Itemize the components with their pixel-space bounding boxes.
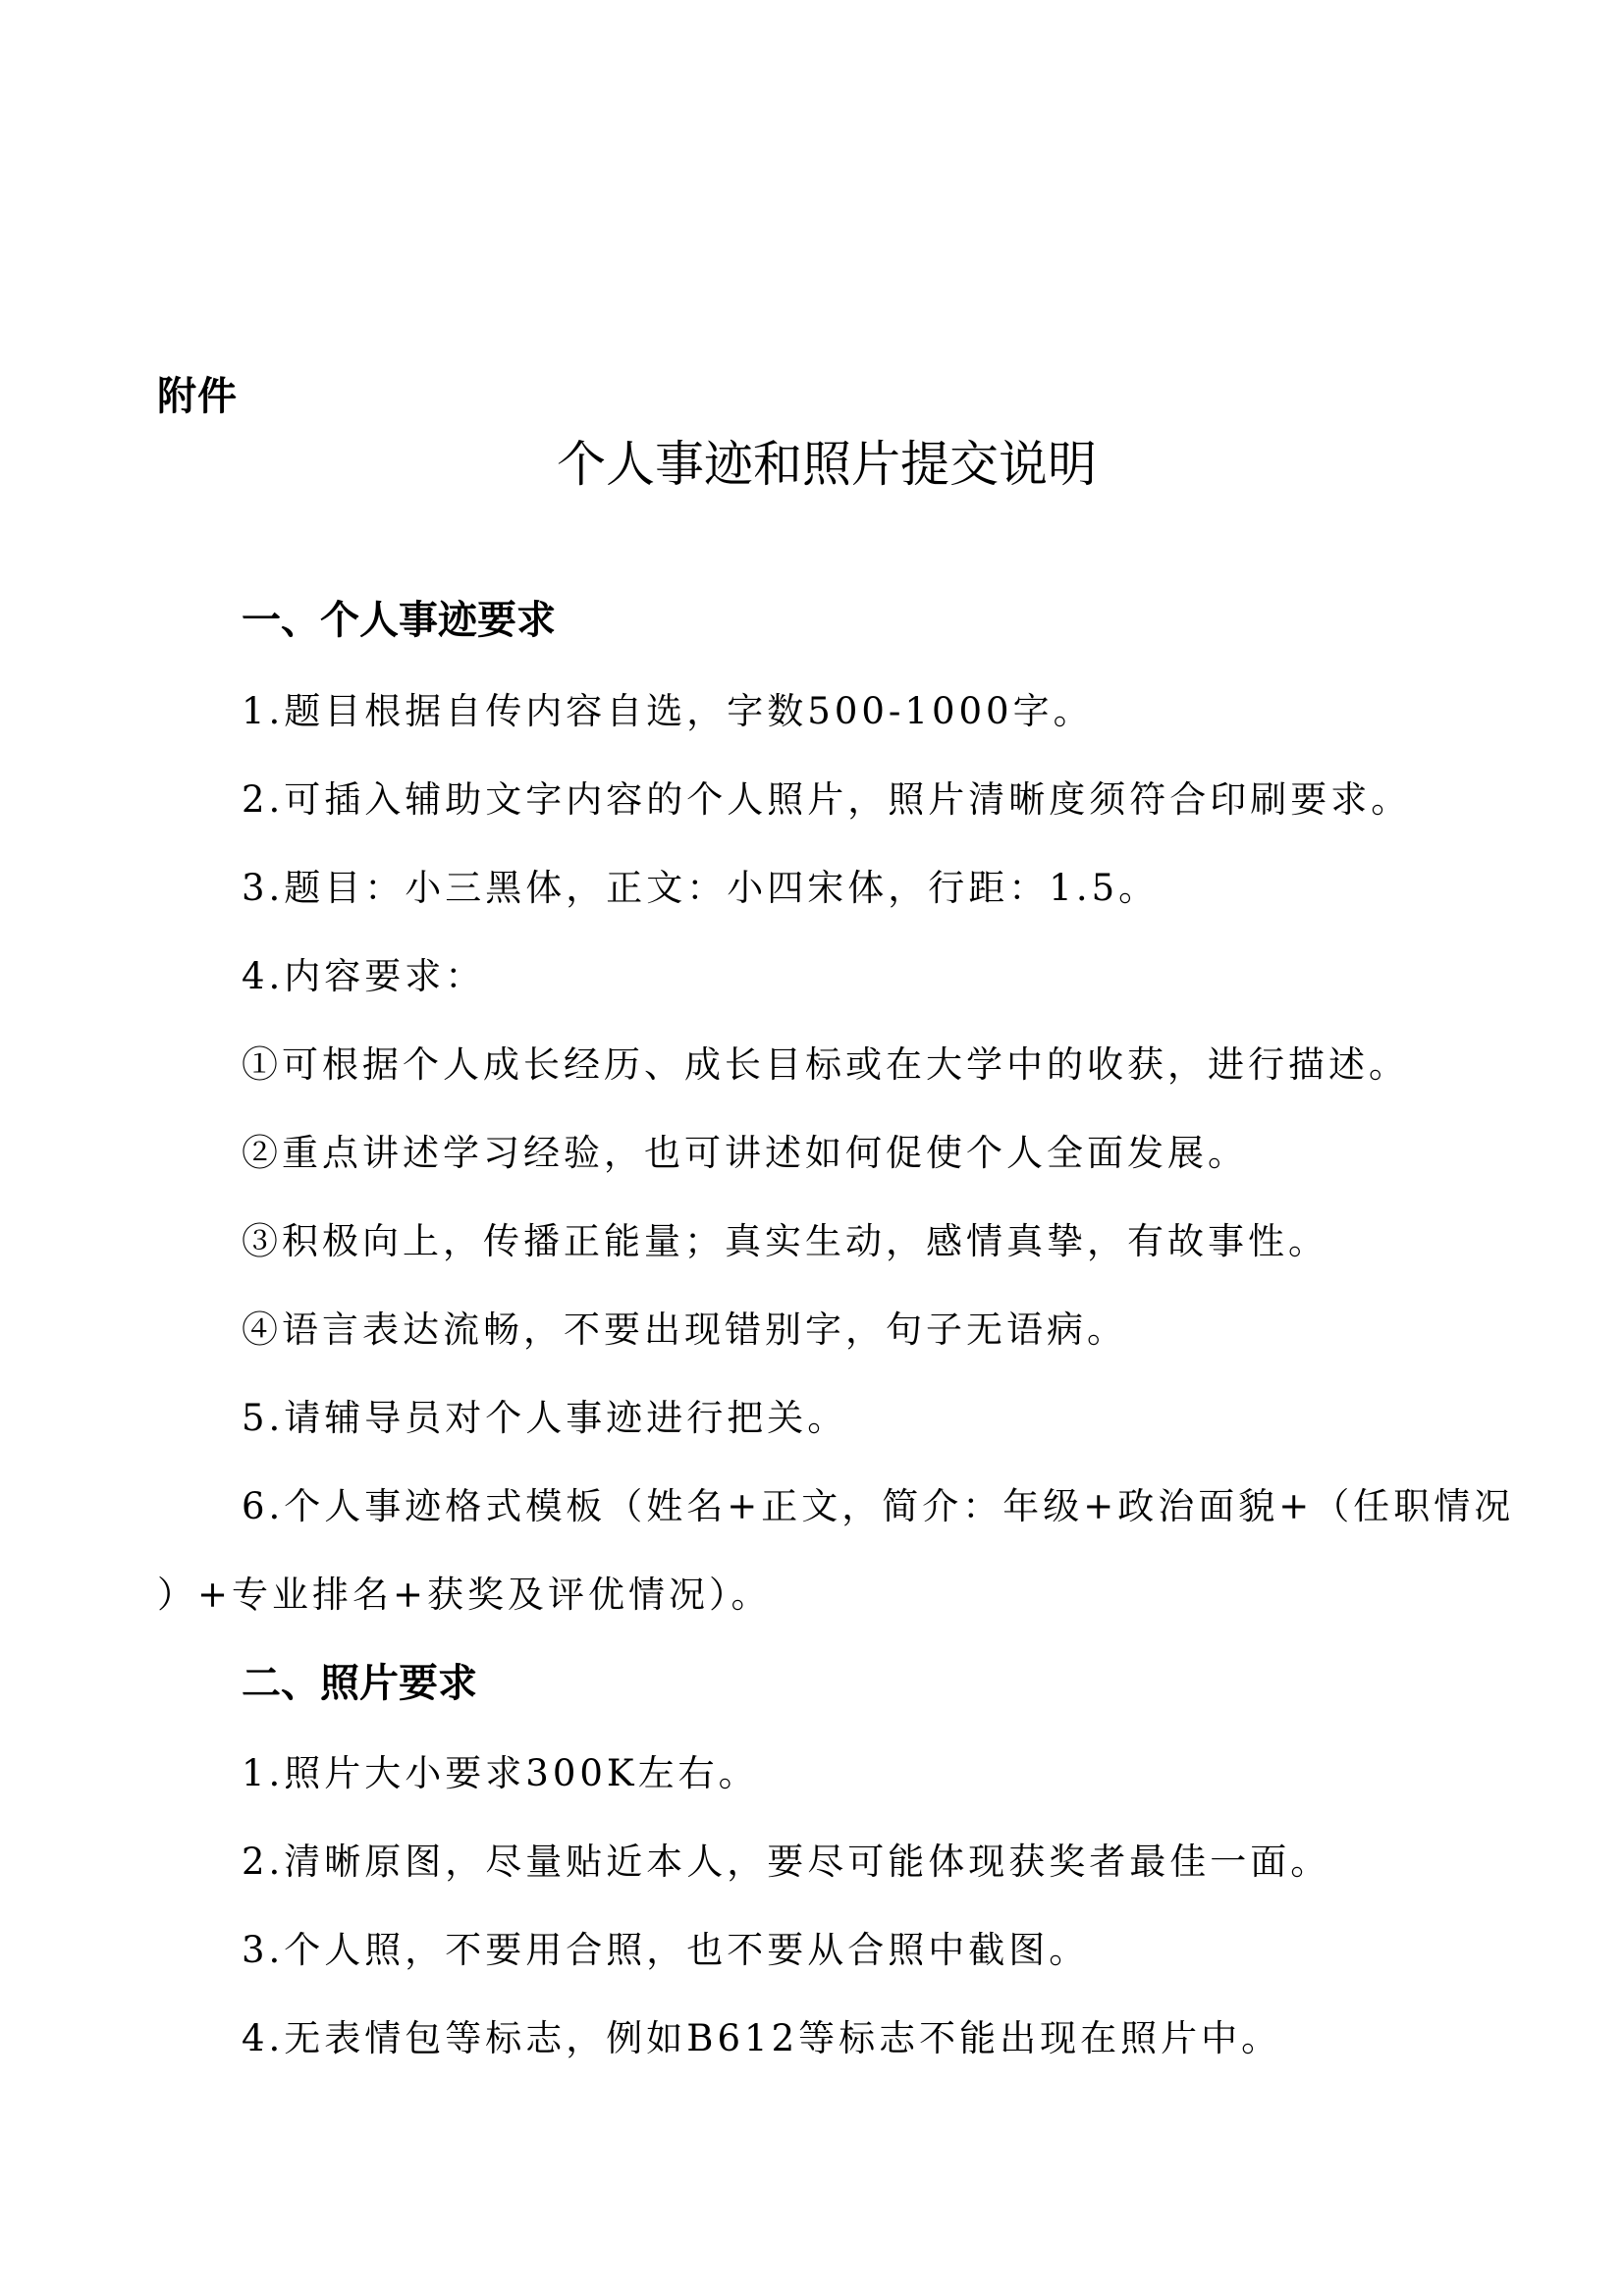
requirement-item: 2.可插入辅助文字内容的个人照片，照片清晰度须符合印刷要求。 (242, 775, 1411, 825)
requirement-item: 3.题目：小三黑体，正文：小四宋体，行距：1.5。 (242, 864, 1159, 913)
requirement-item: 1.照片大小要求300K左右。 (242, 1749, 759, 1798)
requirement-item: 2.清晰原图，尽量贴近本人，要尽可能体现获奖者最佳一面。 (242, 1838, 1330, 1887)
requirement-item: 4.内容要求： (242, 952, 485, 1001)
requirement-subitem: ③积极向上，传播正能量；真实生动，感情真挚，有故事性。 (242, 1217, 1328, 1266)
attachment-label: 附件 (157, 373, 238, 420)
requirement-item-continuation: ）+专业排名+获奖及评优情况）。 (157, 1571, 772, 1620)
section-heading-photo: 二、照片要求 (242, 1659, 477, 1708)
requirement-subitem: ②重点讲述学习经验，也可讲述如何促使个人全面发展。 (242, 1129, 1248, 1178)
requirement-subitem: ①可根据个人成长经历、成长目标或在大学中的收获，进行描述。 (242, 1041, 1409, 1090)
document-title: 个人事迹和照片提交说明 (0, 435, 1624, 494)
requirement-item: 6.个人事迹格式模板（姓名+正文，简介：年级+政治面貌+（任职情况 (242, 1482, 1514, 1531)
requirement-item: 4.无表情包等标志，例如B612等标志不能出现在照片中。 (242, 2014, 1281, 2063)
requirement-subitem: ④语言表达流畅，不要出现错别字，句子无语病。 (242, 1306, 1127, 1355)
requirement-item: 3.个人照，不要用合照，也不要从合照中截图。 (242, 1926, 1089, 1975)
requirement-item: 1.题目根据自传内容自选，字数500-1000字。 (242, 687, 1094, 736)
document-page: 附件 个人事迹和照片提交说明 一、个人事迹要求 1.题目根据自传内容自选，字数5… (0, 0, 1624, 2296)
section-heading-personal-deeds: 一、个人事迹要求 (242, 596, 556, 645)
requirement-item: 5.请辅导员对个人事迹进行把关。 (242, 1394, 847, 1443)
